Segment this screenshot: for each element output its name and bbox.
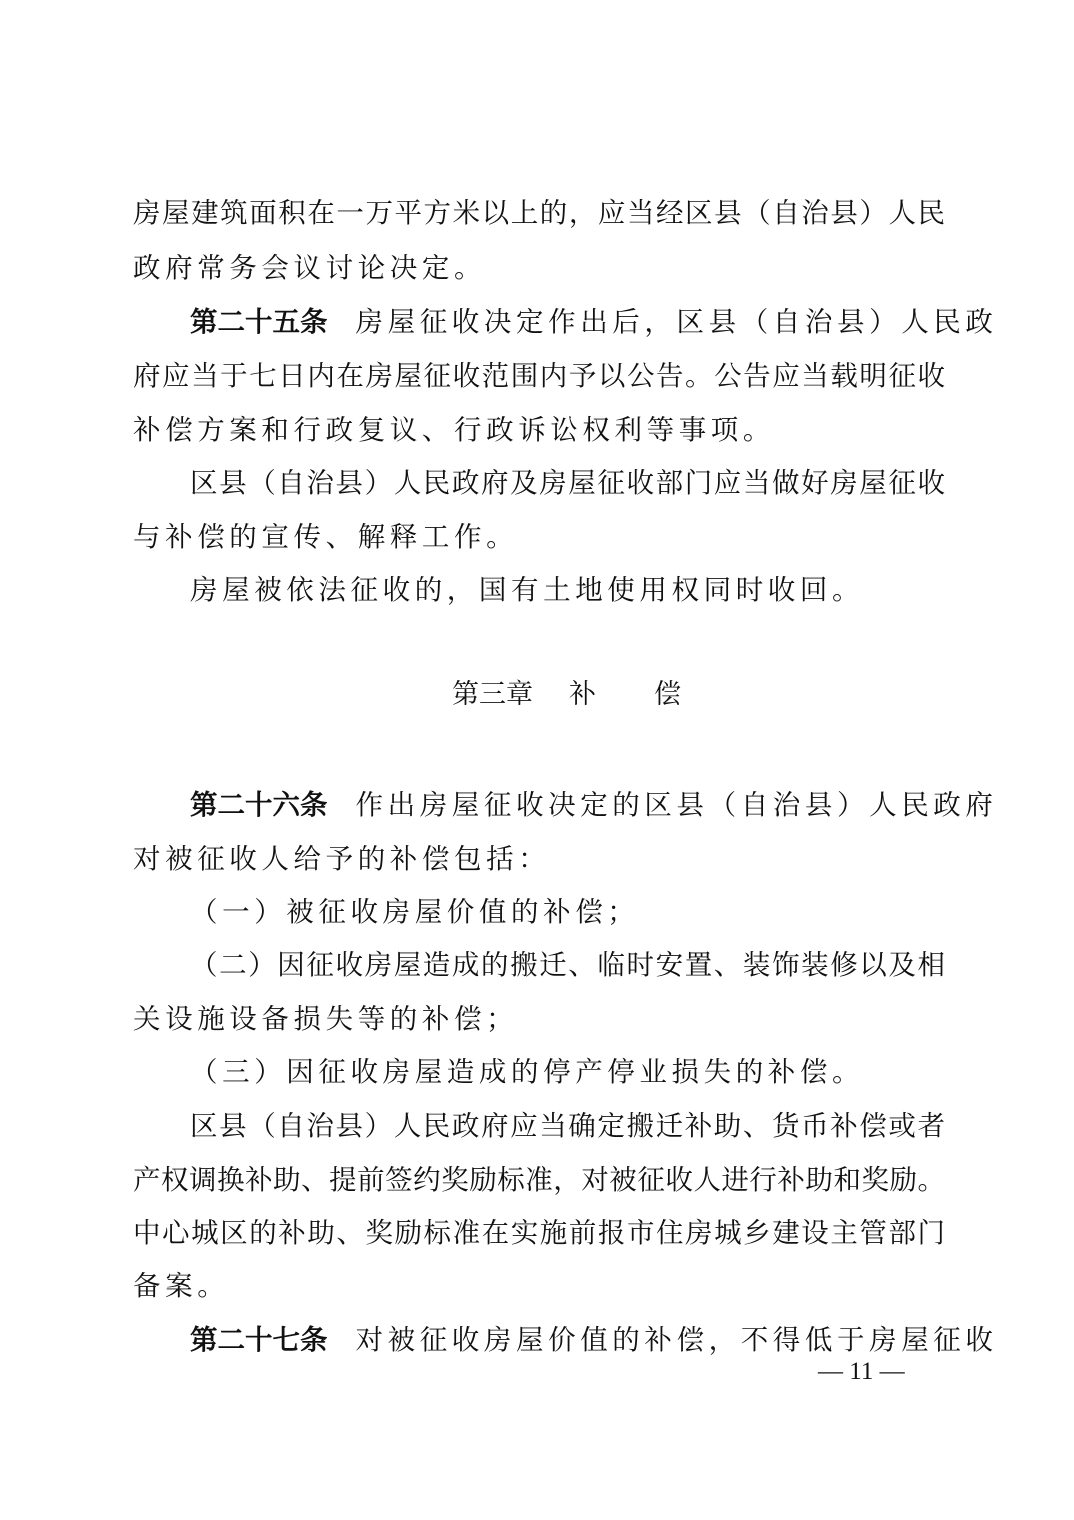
text-line: 府应当于七日内在房屋征收范围内予以公告。公告应当载明征收 xyxy=(133,356,945,396)
list-item: （二）因征收房屋造成的搬迁、临时安置、装饰装修以及相 xyxy=(190,945,945,985)
text-line: 政府常务会议讨论决定。 xyxy=(133,248,945,288)
document-page: 房屋建筑面积在一万平方米以上的，应当经区县（自治县）人民 政府常务会议讨论决定。… xyxy=(0,0,1074,1520)
text-span: 对被征收房屋价值的补偿，不得低于房屋征收 xyxy=(356,1324,998,1356)
article-label: 第二十五条 xyxy=(190,306,328,338)
text-line: 区县（自治县）人民政府应当确定搬迁补助、货币补偿或者 xyxy=(190,1106,945,1146)
text-line: 关设施设备损失等的补偿； xyxy=(133,999,945,1039)
text-line: 房屋被依法征收的，国有土地使用权同时收回。 xyxy=(190,570,945,610)
article-26-first-line: 第二十六条作出房屋征收决定的区县（自治县）人民政府 xyxy=(190,785,945,825)
list-item: （一）被征收房屋价值的补偿； xyxy=(190,892,945,932)
article-25-first-line: 第二十五条房屋征收决定作出后，区县（自治县）人民政 xyxy=(190,302,945,342)
article-label: 第二十六条 xyxy=(190,789,328,821)
text-line: 区县（自治县）人民政府及房屋征收部门应当做好房屋征收 xyxy=(190,463,945,503)
text-line: 中心城区的补助、奖励标准在实施前报市住房城乡建设主管部门 xyxy=(133,1213,945,1253)
text-span: 房屋征收决定作出后，区县（自治县）人民政 xyxy=(356,306,998,338)
text-line: 房屋建筑面积在一万平方米以上的，应当经区县（自治县）人民 xyxy=(133,193,945,233)
chapter-number: 第三章 xyxy=(452,679,533,710)
article-27-first-line: 第二十七条对被征收房屋价值的补偿，不得低于房屋征收 xyxy=(190,1320,945,1360)
text-line: 产权调换补助、提前签约奖励标准，对被征收人进行补助和奖励。 xyxy=(133,1160,945,1200)
article-label: 第二十七条 xyxy=(190,1324,328,1356)
text-line: 补偿方案和行政复议、行政诉讼权利等事项。 xyxy=(133,410,945,450)
text-span: 作出房屋征收决定的区县（自治县）人民政府 xyxy=(356,789,998,821)
text-line: 备案。 xyxy=(133,1266,945,1306)
list-item: （三）因征收房屋造成的停产停业损失的补偿。 xyxy=(190,1052,945,1092)
text-line: 对被征收人给予的补偿包括： xyxy=(133,839,945,879)
chapter-title-char: 偿 xyxy=(654,679,681,710)
chapter-title-char: 补 xyxy=(569,679,596,710)
page-number: — 11 — xyxy=(818,1357,905,1387)
text-line: 与补偿的宣传、解释工作。 xyxy=(133,517,945,557)
chapter-heading: 第三章补偿 xyxy=(452,675,681,715)
